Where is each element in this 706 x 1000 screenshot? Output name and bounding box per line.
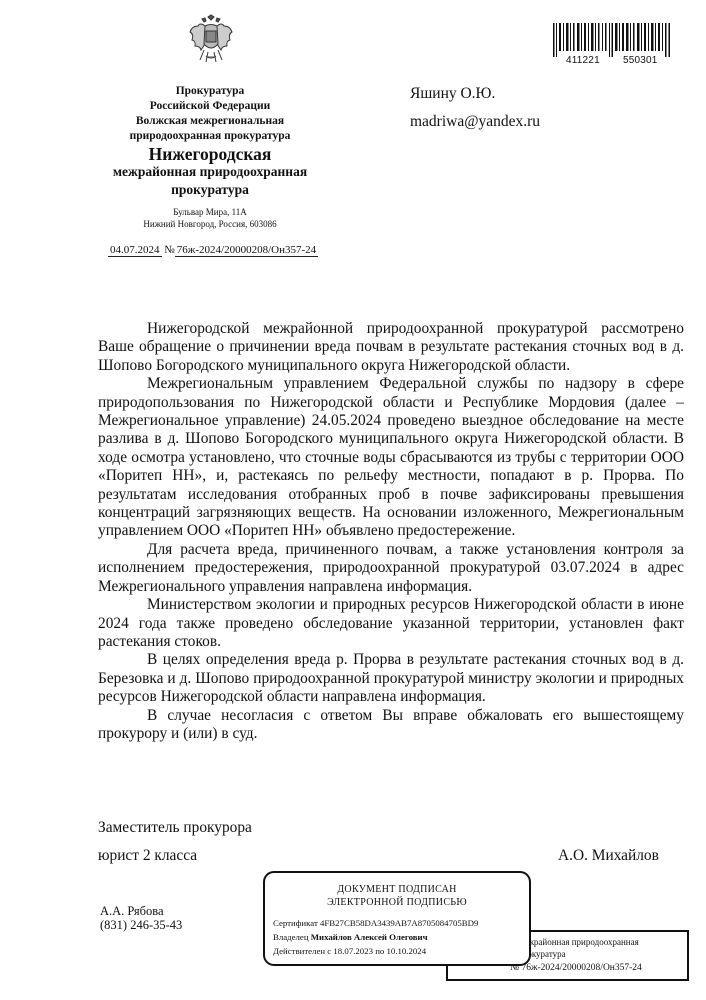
esign-validity: Действителен с 18.07.2023 по 10.10.2024 <box>273 946 426 957</box>
esign-title-line: ЭЛЕКТРОННОЙ ПОДПИСЬЮ <box>265 896 529 909</box>
position-line: Заместитель прокурора <box>98 814 252 842</box>
valid-label: Действителен <box>273 946 325 956</box>
signatory-position: Заместитель прокурора юрист 2 класса <box>98 814 252 870</box>
letter-body: Нижегородской межрайонной природоохранно… <box>98 320 684 743</box>
body-paragraph: В случае несогласия с ответом Вы вправе … <box>98 707 684 744</box>
org-name-line: прокуратура <box>80 181 340 199</box>
valid-from: 18.07.2023 <box>333 946 373 956</box>
cert-value: 4FB27CB58DA3439AB7A8705084705BD9 <box>320 918 478 928</box>
cert-label: Сертификат <box>273 918 318 928</box>
executor-phone: (831) 246-35-43 <box>100 918 182 932</box>
org-address: Бульвар Мира, 11А Нижний Новгород, Росси… <box>80 206 340 230</box>
executor-block: А.А. Рябова (831) 246-35-43 <box>100 904 182 932</box>
org-header-lines: Прокуратура Российской Федерации Волжска… <box>80 84 340 144</box>
addressee-name: Яшину О.Ю. <box>410 80 540 108</box>
esign-certificate: Сертификат 4FB27CB58DA3439AB7A8705084705… <box>273 918 478 929</box>
barcode <box>553 23 671 57</box>
reg-stamp-line: межрайонная природоохранная <box>518 936 639 948</box>
org-name-large: Нижегородская <box>80 144 340 164</box>
body-paragraph: Нижегородской межрайонной природоохранно… <box>98 320 684 375</box>
org-name-line: межрайонная природоохранная <box>80 163 340 181</box>
org-name-lines: межрайонная природоохранная прокуратура <box>80 163 340 199</box>
addressee-block: Яшину О.Ю. madriwa@yandex.ru <box>410 80 540 136</box>
addressee-email: madriwa@yandex.ru <box>410 108 540 136</box>
body-paragraph: Для расчета вреда, причиненного почвам, … <box>98 541 684 596</box>
org-line: природоохранная прокуратура <box>80 129 340 144</box>
org-line: Российской Федерации <box>80 99 340 114</box>
body-paragraph: Межрегиональным управлением Федеральной … <box>98 375 684 541</box>
registration-line: 04.07.2024 №76ж-2024/20000208/Он357-24 <box>108 244 318 256</box>
owner-value: Михайлов Алексей Олегович <box>311 932 428 942</box>
executor-name: А.А. Рябова <box>100 904 182 918</box>
esign-title-line: ДОКУМЕНТ ПОДПИСАН <box>265 883 529 896</box>
number-sign: № <box>164 244 175 256</box>
valid-from-label: с <box>327 946 331 956</box>
electronic-signature-stamp: ДОКУМЕНТ ПОДПИСАН ЭЛЕКТРОННОЙ ПОДПИСЬЮ С… <box>263 871 531 966</box>
position-line: юрист 2 класса <box>98 842 252 870</box>
signatory-name: А.О. Михайлов <box>558 842 659 870</box>
barcode-left-digits: 411221 <box>566 55 600 66</box>
org-line: Волжская межрегиональная <box>80 114 340 129</box>
reg-stamp-line: прокуратура <box>518 948 639 960</box>
owner-label: Владелец <box>273 932 309 942</box>
registration-number: 76ж-2024/20000208/Он357-24 <box>175 244 318 257</box>
body-paragraph: В целях определения вреда р. Прорва в ре… <box>98 651 684 706</box>
address-street: Бульвар Мира, 11А <box>80 206 340 218</box>
address-city: Нижний Новгород, Россия, 603086 <box>80 218 340 230</box>
barcode-right-digits: 550301 <box>623 55 658 66</box>
registration-date: 04.07.2024 <box>108 244 162 257</box>
valid-to: 10.10.2024 <box>387 946 427 956</box>
esign-title: ДОКУМЕНТ ПОДПИСАН ЭЛЕКТРОННОЙ ПОДПИСЬЮ <box>265 883 529 909</box>
reg-stamp-number: № 76ж-2024/20000208/Он357-24 <box>510 963 642 973</box>
valid-to-label: по <box>375 946 384 956</box>
org-line: Прокуратура <box>80 84 340 99</box>
esign-owner: Владелец Михайлов Алексей Олегович <box>273 932 428 943</box>
coat-of-arms-icon <box>186 14 236 66</box>
body-paragraph: Министерством экологии и природных ресур… <box>98 596 684 651</box>
reg-stamp-org: межрайонная природоохранная прокуратура <box>518 936 639 960</box>
